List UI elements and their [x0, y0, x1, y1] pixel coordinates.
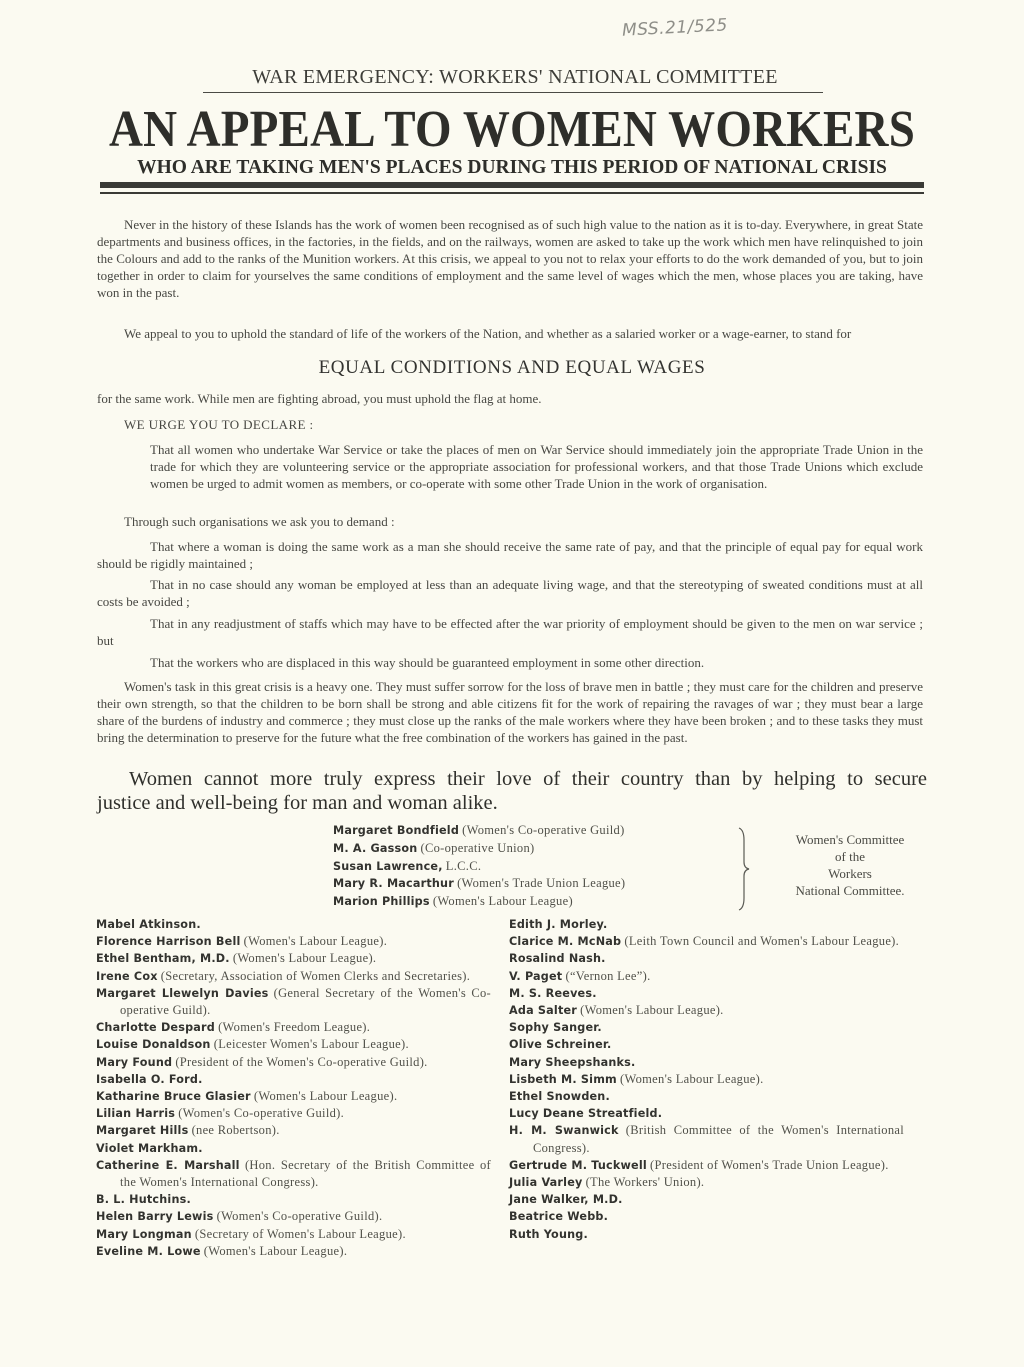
signatory-name: Eveline M. Lowe — [96, 1245, 201, 1258]
signatory-name: Violet Markham. — [96, 1142, 203, 1155]
signatory-entry: Rosalind Nash. — [509, 950, 904, 967]
signatory-entry: Violet Markham. — [96, 1140, 491, 1157]
signatory-entry: Clarice M. McNab (Leith Town Council and… — [509, 933, 904, 950]
womens-committee-label: Women's Committee of the Workers Nationa… — [770, 831, 930, 899]
committee-member: Margaret Bondfield (Women's Co-operative… — [333, 822, 733, 840]
signatory-affiliation: (Women's Freedom League). — [218, 1020, 370, 1034]
signatory-name: Mary Found — [96, 1056, 172, 1069]
signatory-entry: H. M. Swanwick (British Committee of the… — [509, 1122, 904, 1156]
page-subtitle: WHO ARE TAKING MEN'S PLACES DURING THIS … — [98, 157, 926, 179]
demand-item: That in any readjustment of staffs which… — [97, 615, 923, 649]
signatory-name: Ruth Young. — [509, 1228, 588, 1241]
signatory-name: Ethel Bentham, M.D. — [96, 952, 230, 965]
urge-heading: WE URGE YOU TO DECLARE : — [124, 416, 950, 433]
archive-reference: MSS.21/525 — [622, 15, 729, 41]
heading-rule — [203, 92, 823, 93]
signatory-name: Margaret Llewelyn Davies — [96, 987, 269, 1000]
signatory-name: H. M. Swanwick — [509, 1124, 619, 1137]
signatory-entry: Ethel Bentham, M.D. (Women's Labour Leag… — [96, 950, 491, 967]
signatory-entry: Helen Barry Lewis (Women's Co-operative … — [96, 1208, 491, 1225]
signatory-entry: Ethel Snowden. — [509, 1088, 904, 1105]
demand-item: That the workers who are displaced in th… — [97, 654, 923, 671]
closing-line-1: Women cannot more truly express their lo… — [97, 767, 927, 791]
signatory-name: V. Paget — [509, 970, 562, 983]
signatory-affiliation: (President of Women's Trade Union League… — [650, 1158, 889, 1172]
demand-item: That in no case should any woman be empl… — [97, 576, 923, 610]
signatory-entry: Catherine E. Marshall (Hon. Secretary of… — [96, 1157, 491, 1191]
signatory-affiliation: (Women's Labour League). — [233, 951, 376, 965]
declaration-paragraph: That all women who undertake War Service… — [150, 441, 923, 492]
signatories-left-column: Mabel Atkinson.Florence Harrison Bell (W… — [96, 916, 491, 1260]
signatory-name: Lisbeth M. Simm — [509, 1073, 617, 1086]
signatory-entry: Gertrude M. Tuckwell (President of Women… — [509, 1157, 904, 1174]
signatory-entry: Jane Walker, M.D. — [509, 1191, 904, 1208]
signatory-name: Lilian Harris — [96, 1107, 175, 1120]
signatory-name: Mary Longman — [96, 1228, 192, 1241]
signatory-entry: Ruth Young. — [509, 1226, 904, 1243]
signatory-affiliation: (Women's Labour League). — [244, 934, 387, 948]
signatory-name: Jane Walker, M.D. — [509, 1193, 623, 1206]
signatory-name: Clarice M. McNab — [509, 935, 621, 948]
signatory-entry: Lilian Harris (Women's Co-operative Guil… — [96, 1105, 491, 1122]
signatory-entry: Katharine Bruce Glasier (Women's Labour … — [96, 1088, 491, 1105]
signatory-name: Charlotte Despard — [96, 1021, 215, 1034]
signatory-affiliation: (The Workers' Union). — [586, 1175, 705, 1189]
signatory-name: M. S. Reeves. — [509, 987, 597, 1000]
signatory-name: Catherine E. Marshall — [96, 1159, 240, 1172]
signatory-name: Ada Salter — [509, 1004, 577, 1017]
committee-member: Susan Lawrence, L.C.C. — [333, 858, 733, 876]
signatory-entry: Lisbeth M. Simm (Women's Labour League). — [509, 1071, 904, 1088]
closing-statement: Women cannot more truly express their lo… — [97, 767, 927, 815]
demand-intro: Through such organisations we ask you to… — [124, 513, 950, 530]
signatory-entry: Isabella O. Ford. — [96, 1071, 491, 1088]
signatory-affiliation: (Secretary of Women's Labour League). — [195, 1227, 406, 1241]
signatory-name: Mabel Atkinson. — [96, 918, 201, 931]
signatory-entry: Ada Salter (Women's Labour League). — [509, 1002, 904, 1019]
equal-conditions-heading: EQUAL CONDITIONS AND EQUAL WAGES — [200, 357, 824, 379]
signatory-entry: Margaret Hills (nee Robertson). — [96, 1122, 491, 1139]
signatory-entry: Mary Sheepshanks. — [509, 1054, 904, 1071]
committee-member: Marion Phillips (Women's Labour League) — [333, 893, 733, 911]
signatory-entry: Mary Found (President of the Women's Co-… — [96, 1054, 491, 1071]
signatory-name: Florence Harrison Bell — [96, 935, 241, 948]
demand-item: That where a woman is doing the same wor… — [97, 538, 923, 572]
signatory-name: Helen Barry Lewis — [96, 1210, 213, 1223]
committee-member: Mary R. Macarthur (Women's Trade Union L… — [333, 875, 733, 893]
signatory-entry: Irene Cox (Secretary, Association of Wom… — [96, 968, 491, 985]
signatory-name: Ethel Snowden. — [509, 1090, 610, 1103]
signatory-entry: Lucy Deane Streatfield. — [509, 1105, 904, 1122]
signatory-name: Beatrice Webb. — [509, 1210, 608, 1223]
signatory-entry: Mary Longman (Secretary of Women's Labou… — [96, 1226, 491, 1243]
signatory-name: Mary Sheepshanks. — [509, 1056, 635, 1069]
signatory-affiliation: (Leith Town Council and Women's Labour L… — [624, 934, 899, 948]
signatory-entry: Beatrice Webb. — [509, 1208, 904, 1225]
signatory-name: Katharine Bruce Glasier — [96, 1090, 251, 1103]
womens-committee-members: Margaret Bondfield (Women's Co-operative… — [333, 822, 733, 911]
signatory-entry: Julia Varley (The Workers' Union). — [509, 1174, 904, 1191]
signatory-entry: Sophy Sanger. — [509, 1019, 904, 1036]
signatory-name: Irene Cox — [96, 970, 158, 983]
signatory-affiliation: (Women's Labour League). — [254, 1089, 397, 1103]
signatory-name: Sophy Sanger. — [509, 1021, 602, 1034]
signatory-entry: Mabel Atkinson. — [96, 916, 491, 933]
signatory-entry: Louise Donaldson (Leicester Women's Labo… — [96, 1036, 491, 1053]
signatory-affiliation: (Leicester Women's Labour League). — [214, 1037, 409, 1051]
task-paragraph: Women's task in this great crisis is a h… — [97, 678, 923, 746]
signatory-affiliation: (Women's Co-operative Guild). — [217, 1209, 383, 1223]
signatory-name: Julia Varley — [509, 1176, 582, 1189]
signatory-affiliation: (President of the Women's Co-operative G… — [175, 1055, 427, 1069]
signatory-affiliation: (Women's Labour League). — [204, 1244, 347, 1258]
signatory-entry: B. L. Hutchins. — [96, 1191, 491, 1208]
page-title: AN APPEAL TO WOMEN WORKERS — [98, 100, 926, 159]
signatory-name: Rosalind Nash. — [509, 952, 606, 965]
flag-paragraph: for the same work. While men are fightin… — [97, 390, 923, 407]
committee-member: M. A. Gasson (Co-operative Union) — [333, 840, 733, 858]
signatory-name: Isabella O. Ford. — [96, 1073, 203, 1086]
signatory-name: Gertrude M. Tuckwell — [509, 1159, 647, 1172]
committee-heading: WAR EMERGENCY: WORKERS' NATIONAL COMMITT… — [200, 66, 830, 89]
signatory-entry: Edith J. Morley. — [509, 916, 904, 933]
signatory-affiliation: (nee Robertson). — [192, 1123, 280, 1137]
brace-icon — [737, 826, 751, 912]
signatory-name: Edith J. Morley. — [509, 918, 607, 931]
title-rule-thin — [100, 192, 924, 194]
appeal-paragraph: We appeal to you to uphold the standard … — [97, 325, 923, 342]
signatory-affiliation: (“Vernon Lee”). — [565, 969, 650, 983]
title-rule-thick — [100, 182, 924, 188]
signatory-entry: Florence Harrison Bell (Women's Labour L… — [96, 933, 491, 950]
signatory-name: Margaret Hills — [96, 1124, 188, 1137]
closing-line-2: justice and well-being for man and woman… — [97, 792, 498, 814]
signatory-entry: Olive Schreiner. — [509, 1036, 904, 1053]
signatory-name: Lucy Deane Streatfield. — [509, 1107, 662, 1120]
signatory-affiliation: (Secretary, Association of Women Clerks … — [161, 969, 470, 983]
signatory-entry: Eveline M. Lowe (Women's Labour League). — [96, 1243, 491, 1260]
signatory-name: Louise Donaldson — [96, 1038, 211, 1051]
signatory-affiliation: (Women's Labour League). — [620, 1072, 763, 1086]
signatory-entry: Margaret Llewelyn Davies (General Secret… — [96, 985, 491, 1019]
signatory-entry: V. Paget (“Vernon Lee”). — [509, 968, 904, 985]
signatory-entry: M. S. Reeves. — [509, 985, 904, 1002]
intro-paragraph: Never in the history of these Islands ha… — [97, 216, 923, 301]
signatories-right-column: Edith J. Morley.Clarice M. McNab (Leith … — [509, 916, 904, 1243]
signatory-affiliation: (Women's Labour League). — [580, 1003, 723, 1017]
signatory-name: B. L. Hutchins. — [96, 1193, 191, 1206]
signatory-entry: Charlotte Despard (Women's Freedom Leagu… — [96, 1019, 491, 1036]
signatory-name: Olive Schreiner. — [509, 1038, 611, 1051]
signatory-affiliation: (Women's Co-operative Guild). — [178, 1106, 344, 1120]
